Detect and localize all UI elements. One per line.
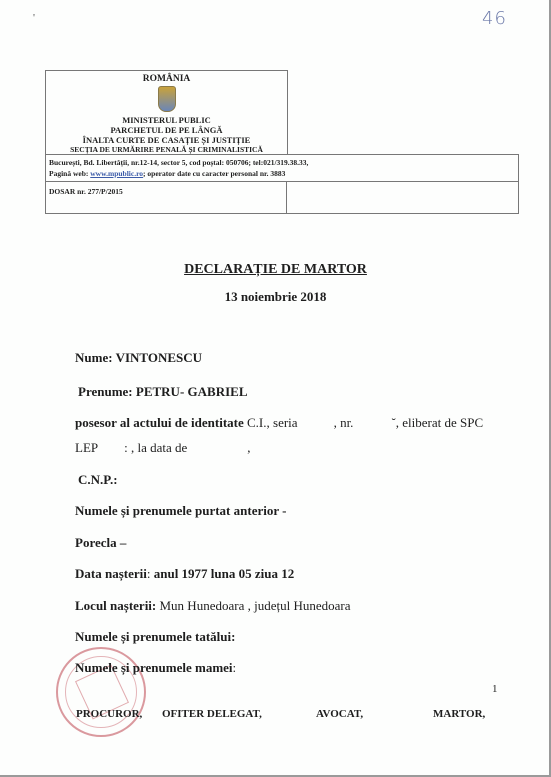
field-nume: Nume: VINTONESCU	[75, 350, 202, 366]
prenume-label: Prenume:	[78, 384, 136, 399]
nume-value: VINTONESCU	[116, 350, 202, 365]
document-date: 13 noiembrie 2018	[0, 289, 551, 305]
web-label: Pagină web:	[49, 169, 90, 178]
section-name: SECȚIA DE URMĂRIRE PENALĂ ȘI CRIMINALIST…	[46, 145, 287, 154]
web-line: Pagină web: www.mpublic.ro; operator dat…	[49, 168, 518, 179]
identity-lep: LEP	[75, 440, 98, 455]
address-line: București, Bd. Libertății, nr.12-14, sec…	[49, 157, 518, 168]
field-identity-line2: LEP: , la data de,	[75, 440, 251, 456]
identity-series: C.I., seria	[244, 415, 298, 430]
institution-line: PARCHETUL DE PE LÂNGĂ	[46, 125, 287, 135]
field-father-name: Numele și prenumele tatălui:	[75, 629, 235, 645]
field-previous-name: Numele și prenumele purtat anterior -	[75, 503, 286, 519]
scan-tick-mark: '	[33, 12, 35, 24]
field-prenume: Prenume: PETRU- GABRIEL	[78, 384, 248, 400]
institution-header: ROMÂNIA MINISTERUL PUBLIC PARCHETUL DE P…	[45, 70, 288, 155]
identity-date-label: : , la data de	[124, 440, 187, 455]
identity-issuer: ˘, eliberat de SPC	[391, 415, 483, 430]
coat-of-arms-icon	[158, 86, 176, 112]
birth-value: anul 1977 luna 05 ziua 12	[150, 566, 294, 581]
field-identity: posesor al actului de identitate C.I., s…	[75, 415, 483, 431]
operator-text: ; operator date cu caracter personal nr.…	[143, 169, 285, 178]
prenume-value: PETRU- GABRIEL	[136, 384, 248, 399]
website-link[interactable]: www.mpublic.ro	[90, 169, 143, 178]
signature-martor: MARTOR,	[433, 708, 485, 720]
institution-line: ÎNALTA CURTE DE CASAȚIE ȘI JUSTIȚIE	[46, 135, 287, 145]
field-mother-name: Numele și prenumele mamei:	[75, 660, 236, 676]
page-number: 1	[492, 683, 498, 695]
birthplace-value: Mun Hunedoara , județul Hunedoara	[156, 598, 350, 613]
field-birth-place: Locul nașterii: Mun Hunedoara , județul …	[75, 598, 350, 614]
field-birth-date: Data nașterii: anul 1977 luna 05 ziua 12	[75, 566, 294, 582]
signature-ofiter-delegat: OFITER DELEGAT,	[162, 708, 262, 720]
signature-procuror: PROCUROR,	[76, 708, 142, 720]
identity-label: posesor al actului de identitate	[75, 415, 244, 430]
field-nickname: Porecla –	[75, 535, 126, 551]
handwritten-page-number: 46	[482, 8, 507, 29]
document-title: DECLARAȚIE DE MARTOR	[0, 262, 551, 278]
birth-label: Data nașterii	[75, 566, 147, 581]
document-page: ' 46 ROMÂNIA MINISTERUL PUBLIC PARCHETUL…	[0, 0, 551, 777]
identity-nr: , nr.	[334, 415, 354, 430]
address-block: București, Bd. Libertății, nr.12-14, sec…	[45, 154, 519, 182]
country-name: ROMÂNIA	[46, 74, 287, 84]
institution-line: MINISTERUL PUBLIC	[46, 115, 287, 125]
dosar-number: DOSAR nr. 277/P/2015	[46, 182, 287, 213]
field-cnp: C.N.P.:	[78, 472, 118, 488]
dosar-row: DOSAR nr. 277/P/2015	[45, 182, 519, 214]
signature-avocat: AVOCAT,	[316, 708, 363, 720]
birthplace-label: Locul nașterii:	[75, 598, 156, 613]
nume-label: Nume:	[75, 350, 116, 365]
